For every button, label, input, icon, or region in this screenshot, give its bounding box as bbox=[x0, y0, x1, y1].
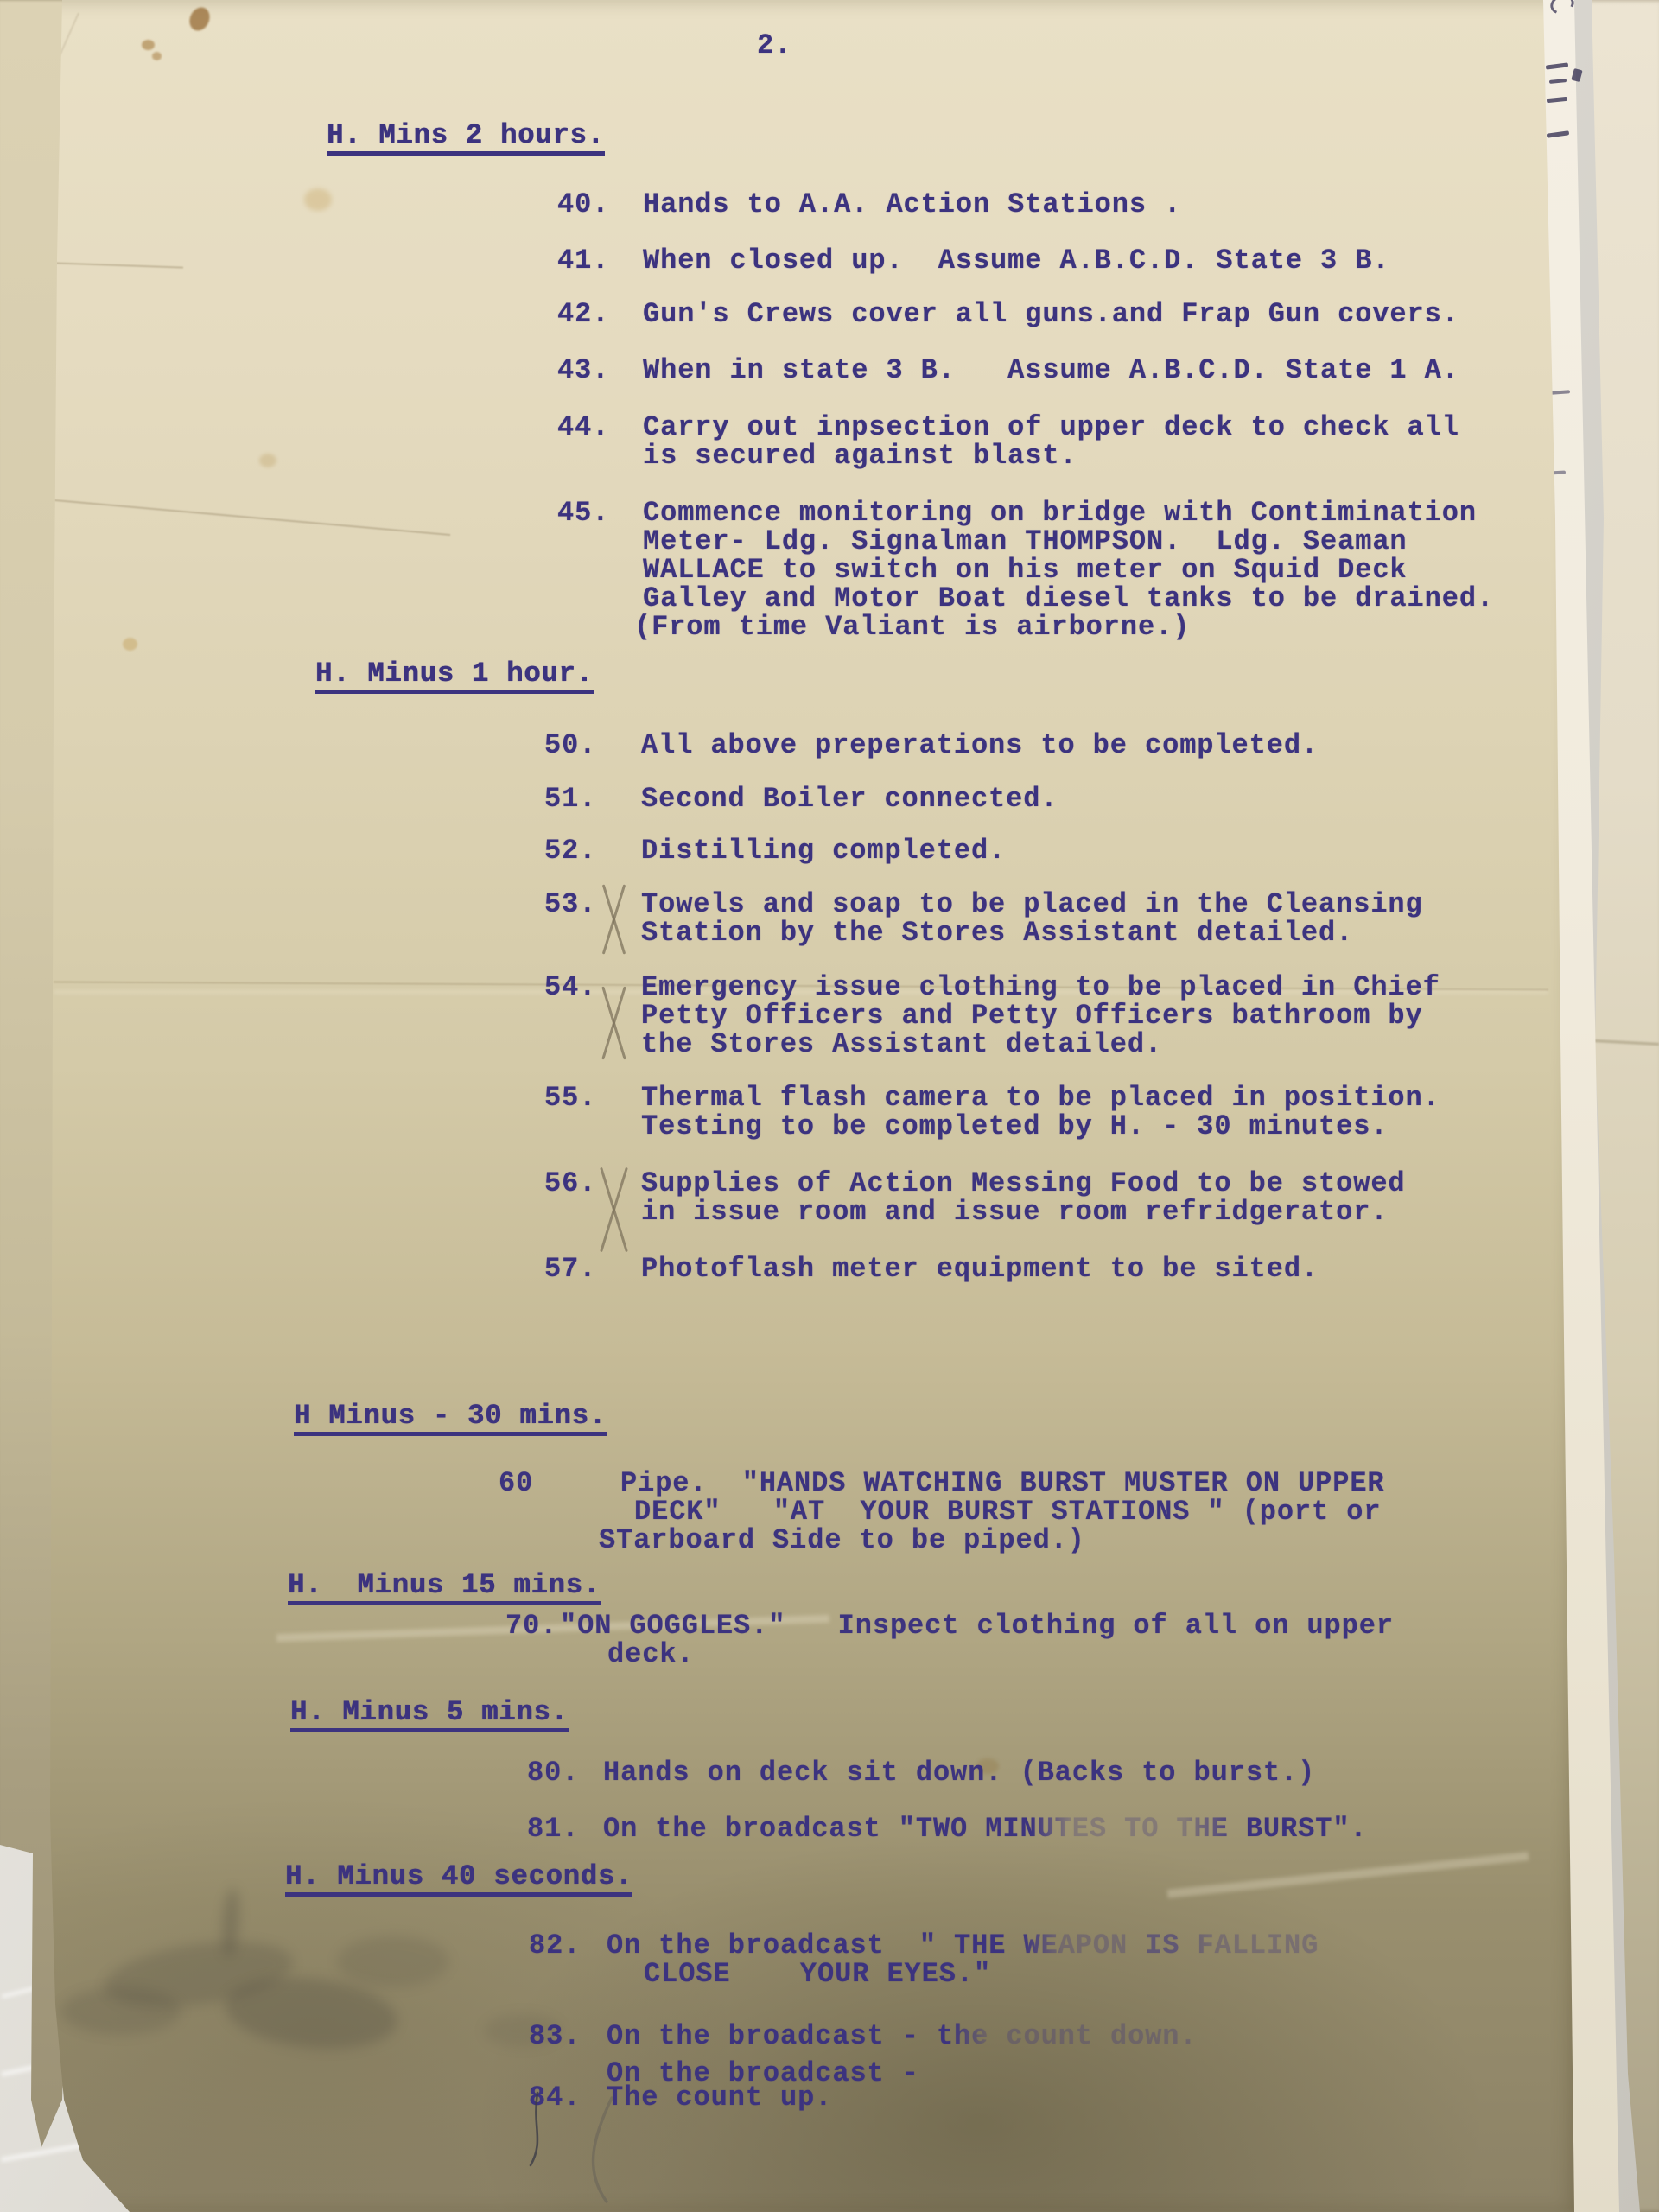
item-number: 43. bbox=[557, 356, 609, 385]
item-number: 40. bbox=[557, 190, 609, 219]
item-lines: On the broadcast "TWO MINUTES TO THE BUR… bbox=[603, 1815, 1368, 1843]
typed-line: WALLACE to switch on his meter on Squid … bbox=[643, 556, 1494, 584]
typed-line: (From time Valiant is airborne.) bbox=[634, 613, 1494, 641]
typed-line: When in state 3 B. Assume A.B.C.D. State… bbox=[643, 356, 1459, 385]
typed-line: STarboard Side to be piped.) bbox=[599, 1526, 1385, 1554]
item-lines: Pipe. "HANDS WATCHING BURST MUSTER ON UP… bbox=[620, 1469, 1385, 1554]
item-number: 82. bbox=[529, 1931, 581, 1960]
typed-line: When closed up. Assume A.B.C.D. State 3 … bbox=[643, 246, 1389, 275]
item-number: 50. bbox=[544, 731, 596, 760]
pencil-x-mark bbox=[593, 985, 632, 1061]
typed-line: "ON GOGGLES." Inspect clothing of all on… bbox=[560, 1611, 1394, 1640]
page-number: 2. bbox=[757, 31, 791, 60]
typed-line: Gun's Crews cover all guns.and Frap Gun … bbox=[643, 300, 1459, 328]
item-number: 60 bbox=[499, 1469, 533, 1497]
typed-line: Distilling completed. bbox=[641, 836, 1006, 865]
typed-line: is secured against blast. bbox=[643, 442, 1459, 470]
item-lines: Thermal flash camera to be placed in pos… bbox=[641, 1084, 1440, 1141]
item-lines: When in state 3 B. Assume A.B.C.D. State… bbox=[643, 356, 1459, 385]
item-lines: Second Boiler connected. bbox=[641, 785, 1058, 813]
typed-line: All above preperations to be completed. bbox=[641, 731, 1319, 760]
item-number: 57. bbox=[544, 1255, 596, 1283]
typed-line: in issue room and issue room refridgerat… bbox=[641, 1198, 1406, 1226]
item-number: 83. bbox=[529, 2022, 581, 2050]
item-lines: All above preperations to be completed. bbox=[641, 731, 1319, 760]
typed-line: Station by the Stores Assistant detailed… bbox=[641, 918, 1423, 947]
item-lines: Gun's Crews cover all guns.and Frap Gun … bbox=[643, 300, 1459, 328]
typed-line: On the broadcast - the count down. bbox=[607, 2022, 1198, 2050]
typed-line: Hands to A.A. Action Stations . bbox=[643, 190, 1181, 219]
typed-line: Emergency issue clothing to be placed in… bbox=[641, 973, 1440, 1001]
typed-line: On the broadcast " THE WEAPON IS FALLING bbox=[607, 1931, 1319, 1960]
item-number: 80. bbox=[527, 1758, 579, 1787]
item-lines: Commence monitoring on bridge with Conti… bbox=[643, 499, 1494, 641]
pencil-x-mark bbox=[593, 883, 632, 956]
item-lines: On the broadcast " THE WEAPON IS FALLING… bbox=[607, 1931, 1319, 1988]
item-number: 55. bbox=[544, 1084, 596, 1112]
item-number: 53. bbox=[544, 890, 596, 918]
item-lines: Towels and soap to be placed in the Clea… bbox=[641, 890, 1423, 947]
item-lines: When closed up. Assume A.B.C.D. State 3 … bbox=[643, 246, 1389, 275]
typed-line: Commence monitoring on bridge with Conti… bbox=[643, 499, 1494, 527]
typed-line: Thermal flash camera to be placed in pos… bbox=[641, 1084, 1440, 1112]
item-lines: Carry out inpsection of upper deck to ch… bbox=[643, 413, 1459, 470]
typed-content: 2. H. Mins 2 hours.40.Hands to A.A. Acti… bbox=[0, 0, 1659, 2212]
item-number: 70. bbox=[505, 1611, 557, 1640]
typed-line: Petty Officers and Petty Officers bathro… bbox=[641, 1001, 1440, 1030]
section-heading: H. Minus 40 seconds. bbox=[285, 1862, 632, 1897]
section-heading: H. Minus 15 mins. bbox=[288, 1571, 601, 1605]
document-scan: 2. H. Mins 2 hours.40.Hands to A.A. Acti… bbox=[0, 0, 1659, 2212]
item-number: 42. bbox=[557, 300, 609, 328]
section-heading: H. Mins 2 hours. bbox=[327, 121, 605, 156]
typed-line: deck. bbox=[607, 1640, 1394, 1669]
pen-check-mark bbox=[510, 2084, 665, 2212]
item-lines: Photoflash meter equipment to be sited. bbox=[641, 1255, 1319, 1283]
typed-line: Hands on deck sit down. (Backs to burst.… bbox=[603, 1758, 1315, 1787]
section-heading: H. Minus 1 hour. bbox=[315, 659, 594, 694]
typed-line: CLOSE YOUR EYES." bbox=[644, 1960, 1319, 1988]
typed-line: DECK" "AT YOUR BURST STATIONS " (port or bbox=[634, 1497, 1385, 1526]
typed-line: On the broadcast "TWO MINUTES TO THE BUR… bbox=[603, 1815, 1368, 1843]
item-lines: Hands to A.A. Action Stations . bbox=[643, 190, 1181, 219]
typed-line: Galley and Motor Boat diesel tanks to be… bbox=[643, 584, 1494, 613]
typed-line: Second Boiler connected. bbox=[641, 785, 1058, 813]
item-lines: Emergency issue clothing to be placed in… bbox=[641, 973, 1440, 1058]
item-number: 51. bbox=[544, 785, 596, 813]
item-number: 52. bbox=[544, 836, 596, 865]
item-lines: Supplies of Action Messing Food to be st… bbox=[641, 1169, 1406, 1226]
item-lines: Hands on deck sit down. (Backs to burst.… bbox=[603, 1758, 1315, 1787]
typed-line: Pipe. "HANDS WATCHING BURST MUSTER ON UP… bbox=[620, 1469, 1385, 1497]
item-lines: On the broadcast - the count down.On the… bbox=[607, 2022, 1198, 2088]
typed-line: the Stores Assistant detailed. bbox=[641, 1030, 1440, 1058]
section-heading: H Minus - 30 mins. bbox=[294, 1402, 607, 1436]
item-number: 41. bbox=[557, 246, 609, 275]
item-lines: "ON GOGGLES." Inspect clothing of all on… bbox=[560, 1611, 1394, 1669]
typed-line: Photoflash meter equipment to be sited. bbox=[641, 1255, 1319, 1283]
item-lines: Distilling completed. bbox=[641, 836, 1006, 865]
item-number: 56. bbox=[544, 1169, 596, 1198]
pencil-x-mark bbox=[593, 1166, 632, 1254]
item-number: 45. bbox=[557, 499, 609, 527]
typed-line: Supplies of Action Messing Food to be st… bbox=[641, 1169, 1406, 1198]
typed-line: Carry out inpsection of upper deck to ch… bbox=[643, 413, 1459, 442]
typed-line: Meter- Ldg. Signalman THOMPSON. Ldg. Sea… bbox=[643, 527, 1494, 556]
item-number: 44. bbox=[557, 413, 609, 442]
item-number: 81. bbox=[527, 1815, 579, 1843]
section-heading: H. Minus 5 mins. bbox=[290, 1698, 569, 1732]
typed-line: Towels and soap to be placed in the Clea… bbox=[641, 890, 1423, 918]
typed-line: Testing to be completed by H. - 30 minut… bbox=[641, 1112, 1440, 1141]
item-number: 54. bbox=[544, 973, 596, 1001]
